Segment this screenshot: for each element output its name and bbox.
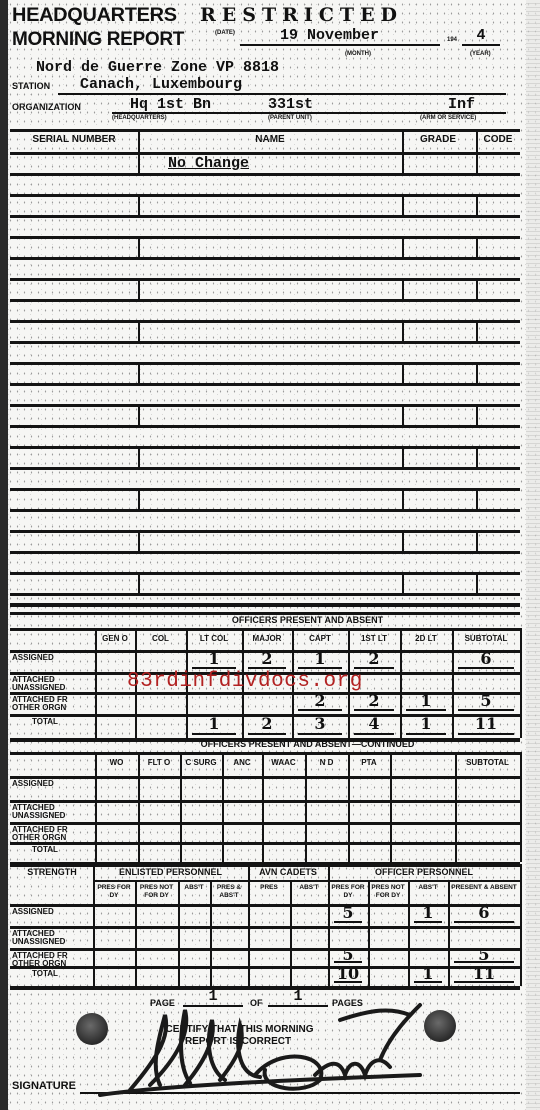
title-morning-report: MORNING REPORT xyxy=(12,29,184,51)
count-cell: 1 xyxy=(406,693,446,711)
unit-sublabel: (PARENT UNIT) xyxy=(268,115,312,121)
column-divider xyxy=(305,752,307,862)
column-divider xyxy=(408,880,410,986)
column-divider xyxy=(222,752,224,862)
column-divider xyxy=(400,628,402,738)
classification-stamp: RESTRICTED xyxy=(200,4,403,26)
column-divider xyxy=(138,152,140,173)
row-label: ATTACHED FR OTHER ORGN xyxy=(12,952,92,968)
column-divider xyxy=(476,404,478,425)
row-label: TOTAL xyxy=(12,970,112,978)
col-header: PTA xyxy=(348,758,390,767)
col-header: 1ST LT xyxy=(348,634,400,643)
count-cell: 2 xyxy=(248,715,286,735)
col-header: PRES NOT FOR DY xyxy=(135,884,178,900)
column-divider xyxy=(262,752,264,862)
row-rule xyxy=(10,467,520,470)
col-header: ABS'T xyxy=(290,884,328,892)
arm-field: Inf xyxy=(448,96,475,113)
row-label: ATTACHED UNASSIGNED xyxy=(12,676,92,692)
col-header-name: NAME xyxy=(140,135,400,144)
column-divider xyxy=(455,752,457,862)
row-label: ATTACHED FR OTHER ORGN xyxy=(12,826,92,842)
title-headquarters: HEADQUARTERS xyxy=(12,5,177,27)
count-cell: 2 xyxy=(354,651,394,669)
col-header: WAAC xyxy=(262,758,305,767)
column-divider xyxy=(138,488,140,509)
column-divider xyxy=(402,446,404,467)
row-rule xyxy=(10,446,520,449)
row-rule xyxy=(10,593,520,596)
row-rule xyxy=(10,404,520,407)
column-divider xyxy=(476,572,478,593)
month-sublabel: (MONTH) xyxy=(345,51,371,57)
count-cell: 1 xyxy=(192,651,236,669)
count-cell: 11 xyxy=(458,715,514,735)
column-divider xyxy=(138,530,140,551)
column-group-header: OFFICER PERSONNEL xyxy=(328,868,520,877)
row-label: ATTACHED FR OTHER ORGN xyxy=(12,696,92,712)
count-cell: 1 xyxy=(192,715,236,735)
count-cell: 11 xyxy=(454,967,514,983)
table-top-rule xyxy=(10,129,520,132)
col-header: SUBTOTAL xyxy=(455,758,520,767)
row-label: ATTACHED UNASSIGNED xyxy=(12,804,92,820)
column-divider xyxy=(138,194,140,215)
count-cell: 5 xyxy=(334,905,362,923)
row-rule xyxy=(10,752,520,755)
row-label: TOTAL xyxy=(12,718,112,726)
row-rule xyxy=(10,842,520,845)
row-label: ASSIGNED xyxy=(12,908,92,916)
column-divider xyxy=(476,488,478,509)
scan-edge-right xyxy=(526,0,540,1110)
column-divider xyxy=(402,404,404,425)
col-header: COL xyxy=(135,634,186,643)
col-header: FLT O xyxy=(138,758,180,767)
count-cell: 2 xyxy=(354,693,394,711)
column-divider xyxy=(452,628,454,738)
column-divider xyxy=(476,152,478,173)
officers-cont-table-title: OFFICERS PRESENT AND ABSENT—CONTINUED xyxy=(95,740,520,749)
row-label: ASSIGNED xyxy=(12,780,92,788)
count-cell: 10 xyxy=(334,967,362,983)
section-rule xyxy=(10,603,520,607)
column-divider xyxy=(248,864,250,986)
column-divider xyxy=(390,752,392,862)
col-header: C SURG xyxy=(180,758,222,767)
count-cell: 2 xyxy=(248,651,286,669)
column-divider xyxy=(328,864,330,986)
date-field: 19 November xyxy=(240,27,440,46)
station-field: Canach, Luxembourg xyxy=(58,76,506,95)
column-divider xyxy=(402,194,404,215)
row-label: ASSIGNED xyxy=(12,654,92,662)
count-cell: 1 xyxy=(414,967,442,983)
row-rule xyxy=(10,488,520,491)
strength-title: STRENGTH xyxy=(12,868,92,877)
count-cell: 4 xyxy=(354,715,394,735)
col-header: ANC xyxy=(222,758,262,767)
column-divider xyxy=(476,362,478,383)
count-cell: 5 xyxy=(334,949,362,963)
column-divider xyxy=(138,572,140,593)
col-header: PRES FOR DY xyxy=(93,884,135,900)
row-rule xyxy=(10,926,520,929)
column-divider xyxy=(476,194,478,215)
row-rule xyxy=(10,800,520,803)
row-rule xyxy=(10,425,520,428)
col-header: GEN O xyxy=(95,634,135,643)
column-divider xyxy=(290,880,292,986)
watermark: 83rdinfdivdocs.org xyxy=(127,670,363,693)
count-cell: 6 xyxy=(458,651,514,669)
col-header: WO xyxy=(95,758,138,767)
year-prefix: 194 xyxy=(447,37,457,43)
col-header: ABS'T xyxy=(178,884,210,892)
column-divider xyxy=(402,320,404,341)
column-divider xyxy=(402,152,404,173)
organization-field: Hq 1st Bn xyxy=(130,96,211,113)
column-divider xyxy=(138,362,140,383)
signature-label: SIGNATURE xyxy=(12,1080,76,1092)
count-cell: 5 xyxy=(458,693,514,711)
column-group-header: ENLISTED PERSONNEL xyxy=(93,868,248,877)
row-rule xyxy=(10,362,520,365)
col-header: SUBTOTAL xyxy=(452,634,520,643)
column-divider xyxy=(476,278,478,299)
column-divider xyxy=(402,278,404,299)
column-divider xyxy=(520,628,522,738)
column-divider xyxy=(520,752,522,862)
col-header: ABS'T xyxy=(408,884,448,892)
column-divider xyxy=(476,236,478,257)
column-divider xyxy=(402,236,404,257)
row-rule xyxy=(10,152,520,155)
signature-scribble xyxy=(90,995,430,1105)
arm-sublabel: (ARM OR SERVICE) xyxy=(420,115,476,121)
column-divider xyxy=(402,572,404,593)
col-header: PRES xyxy=(248,884,290,892)
count-cell: 3 xyxy=(298,715,342,735)
date-prefix: (DATE) xyxy=(215,30,235,37)
row-rule xyxy=(10,551,520,554)
organization-label: ORGANIZATION xyxy=(12,102,81,112)
location-line: Nord de Guerre Zone VP 8818 xyxy=(36,59,279,76)
column-divider xyxy=(138,404,140,425)
row-label: ATTACHED UNASSIGNED xyxy=(12,930,92,946)
column-divider xyxy=(93,864,95,986)
row-rule xyxy=(10,236,520,239)
count-cell: 1 xyxy=(298,651,342,669)
column-divider xyxy=(138,320,140,341)
column-divider xyxy=(476,530,478,551)
row-rule xyxy=(10,257,520,260)
group-rule xyxy=(93,880,520,882)
row-rule xyxy=(10,628,520,631)
col-header: CAPT xyxy=(292,634,348,643)
count-cell: 1 xyxy=(406,715,446,735)
column-divider xyxy=(138,752,140,862)
col-header: LT COL xyxy=(186,634,242,643)
row-rule xyxy=(10,278,520,281)
column-divider xyxy=(476,320,478,341)
row-label: TOTAL xyxy=(12,846,112,854)
col-header-grade: GRADE xyxy=(402,135,474,144)
row-rule xyxy=(10,383,520,386)
year-field: 4 xyxy=(462,27,500,46)
col-header: N D xyxy=(305,758,348,767)
year-sublabel: (YEAR) xyxy=(470,51,491,57)
column-divider xyxy=(348,752,350,862)
column-divider xyxy=(402,488,404,509)
col-header: PRES & ABS'T xyxy=(210,884,248,900)
row-rule xyxy=(10,904,520,907)
parent-unit-field: 331st xyxy=(268,96,313,113)
row-rule xyxy=(10,215,520,218)
officers-table-title: OFFICERS PRESENT AND ABSENT xyxy=(95,616,520,625)
station-label: STATION xyxy=(12,81,50,91)
column-divider xyxy=(402,530,404,551)
column-divider xyxy=(520,864,522,986)
col-header: MAJOR xyxy=(242,634,292,643)
section-rule xyxy=(10,612,520,615)
col-header-serial: SERIAL NUMBER xyxy=(14,135,134,144)
col-header: PRES FOR DY xyxy=(328,884,368,900)
row-rule xyxy=(10,572,520,575)
scan-edge xyxy=(0,0,8,1110)
morning-report-page: HEADQUARTERS MORNING REPORT RESTRICTED (… xyxy=(0,0,540,1110)
column-divider xyxy=(402,362,404,383)
column-divider xyxy=(448,880,450,986)
column-divider xyxy=(178,880,180,986)
row-rule xyxy=(10,986,520,990)
column-divider xyxy=(180,752,182,862)
col-header-code: CODE xyxy=(476,135,520,144)
col-header: PRESENT & ABSENT xyxy=(448,884,520,892)
col-header: 2D LT xyxy=(400,634,452,643)
row-rule xyxy=(10,530,520,533)
row-rule xyxy=(10,822,520,825)
column-group-header: AVN CADETS xyxy=(248,868,328,877)
column-divider xyxy=(138,278,140,299)
name-cell: No Change xyxy=(168,155,249,172)
row-rule xyxy=(10,194,520,197)
row-rule xyxy=(10,509,520,512)
column-divider xyxy=(138,236,140,257)
count-cell: 6 xyxy=(454,905,514,923)
org-sublabel: (HEADQUARTERS) xyxy=(112,115,167,121)
row-rule xyxy=(10,776,520,779)
row-rule xyxy=(10,299,520,302)
count-cell: 2 xyxy=(298,693,342,711)
count-cell: 1 xyxy=(414,905,442,923)
row-rule xyxy=(10,948,520,951)
column-divider xyxy=(476,446,478,467)
row-rule xyxy=(10,320,520,323)
col-header: PRES NOT FOR DY xyxy=(368,884,408,900)
row-rule xyxy=(10,173,520,176)
column-divider xyxy=(138,446,140,467)
count-cell: 5 xyxy=(454,949,514,963)
row-rule xyxy=(10,341,520,344)
